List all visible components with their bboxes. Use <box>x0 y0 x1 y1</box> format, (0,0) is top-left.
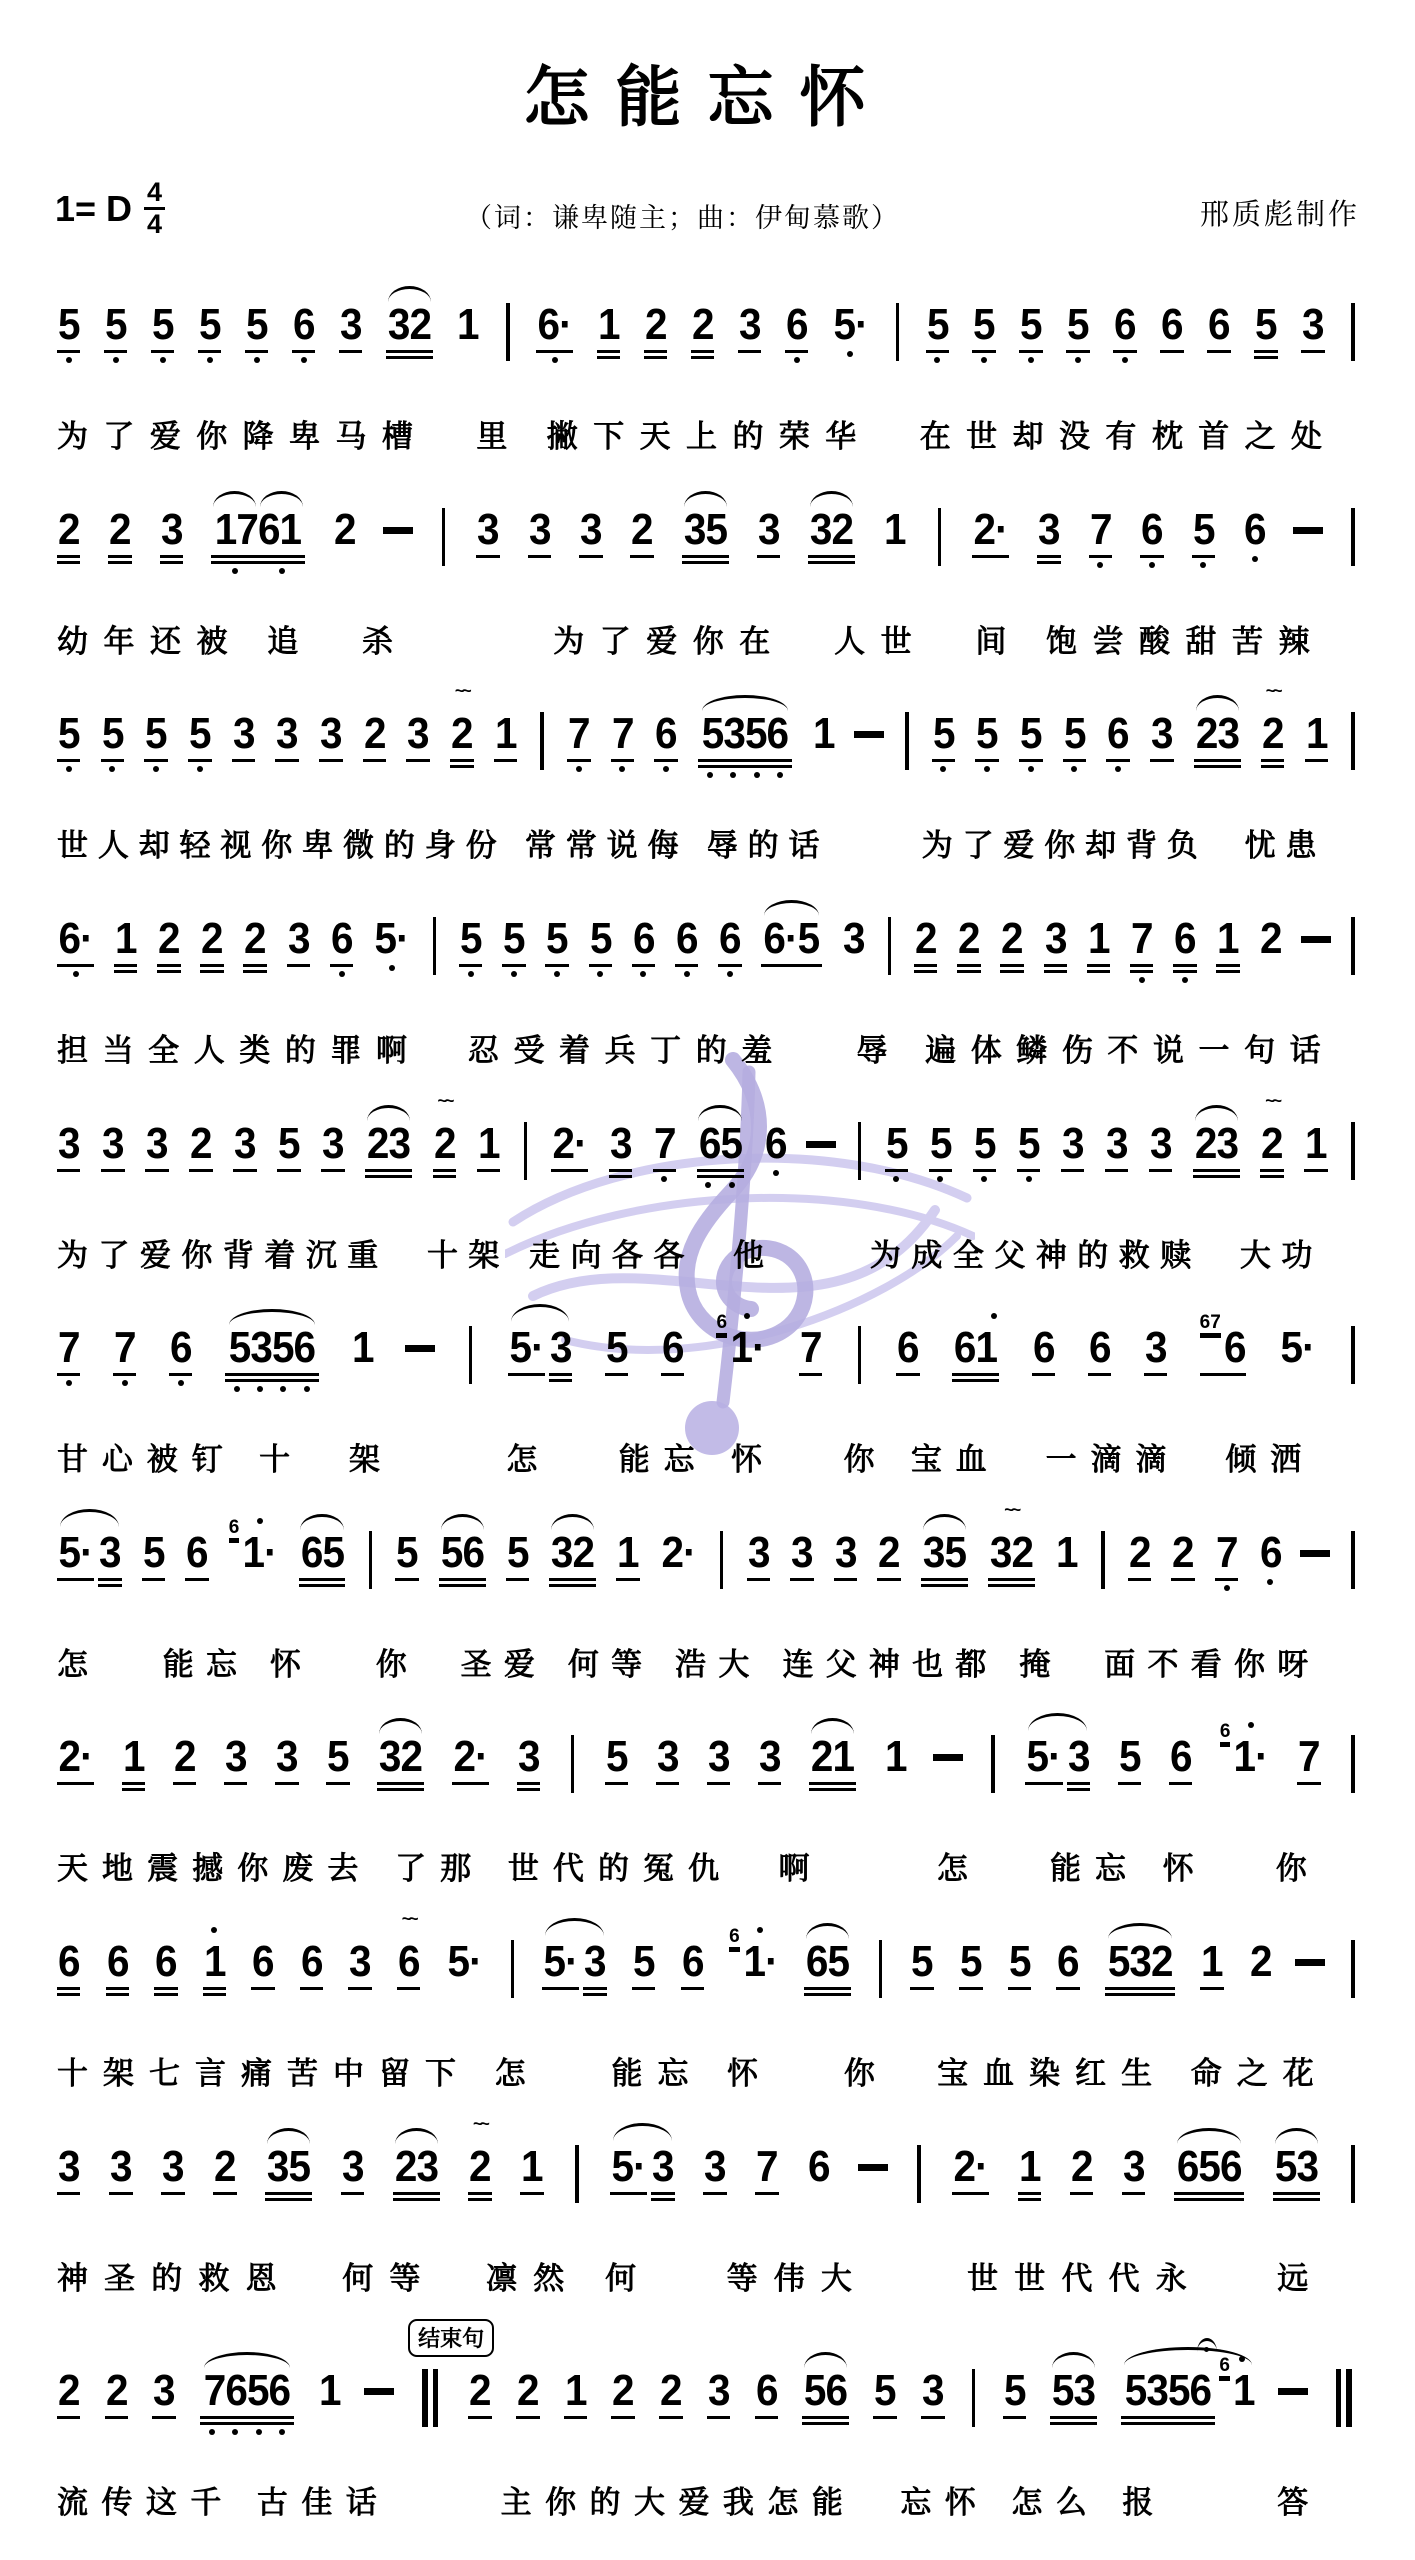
lyrics-line: 为了爱你背着沉重 十架 走向各各 他 为成全父神的救赎 大功 <box>57 1238 1360 1274</box>
beam-underline <box>160 561 183 564</box>
beam-underline <box>211 555 305 558</box>
beam-underline <box>885 1169 908 1172</box>
grace-note: 6 <box>229 1518 240 1540</box>
octave-dots-below <box>545 971 568 977</box>
octave-dots-below <box>169 1380 192 1386</box>
note: 3 <box>656 1735 679 1785</box>
beam-underline <box>1200 1373 1247 1376</box>
beam-underline <box>790 1578 813 1581</box>
note: 2· <box>952 2145 989 2195</box>
beam-underline <box>277 1169 300 1172</box>
octave-dots-below <box>330 971 353 977</box>
duration-dash <box>854 731 884 738</box>
note: 2· <box>660 1531 697 1575</box>
note: 3 <box>1105 1122 1128 1172</box>
beam-underline <box>921 1584 968 1587</box>
note: 3 <box>348 1940 371 1990</box>
note: 53 <box>1273 2145 1320 2201</box>
note: 3 <box>651 2145 674 2201</box>
beam-underline <box>1106 759 1129 762</box>
note: 5 <box>605 1735 628 1785</box>
slur-arc <box>811 1718 854 1734</box>
beam-underline <box>1105 1987 1175 1990</box>
note: 5 <box>502 917 525 977</box>
barline <box>524 1122 528 1180</box>
beam-underline <box>198 350 221 353</box>
beam-underline <box>57 561 80 564</box>
grace-note: 6 <box>716 1313 727 1335</box>
lyrics-line: 幼年还被 追 杀 为了爱你在 人世 间 饱尝酸甜苦辣 <box>57 624 1360 660</box>
note: 65 <box>804 1940 851 1996</box>
note: 5 <box>459 917 482 977</box>
beam-underline <box>921 1578 968 1581</box>
beam-underline <box>589 964 612 967</box>
beam-underline <box>494 759 517 762</box>
beam-underline <box>114 970 137 973</box>
note: 21 <box>809 1735 856 1791</box>
tie-arc <box>1124 2347 1252 2365</box>
beam-underline <box>185 1578 208 1581</box>
note: 7 <box>1215 1531 1238 1591</box>
beam-underline <box>300 1987 323 1990</box>
system: 5·35661·6555653212·33323532~~12276怎 能忘 怀… <box>55 1493 1360 1683</box>
note: 2 <box>1171 1531 1194 1581</box>
beam-underline <box>609 1175 632 1178</box>
note: 3 <box>758 1735 781 1785</box>
barline <box>506 303 510 361</box>
mordent-icon: ~~ <box>438 1092 452 1109</box>
note: 5 <box>188 712 211 772</box>
beam-underline <box>365 1169 412 1172</box>
beam-underline <box>122 1788 145 1791</box>
lyrics-line: 十架七言痛苦中留下 怎 能忘 怀 你 宝血染红生 命之花 <box>57 2056 1360 2092</box>
lyrics-line: 怎 能忘 怀 你 圣爱 何等 浩大 连父神也都 掩 面不看你呀 <box>57 1647 1360 1683</box>
beam-underline <box>57 1987 80 1990</box>
note: 7 <box>1089 508 1112 568</box>
beam-underline <box>57 1993 80 1996</box>
beam-underline <box>1173 964 1196 967</box>
note: 3 <box>842 917 865 961</box>
note: 2 <box>644 303 667 359</box>
note: 2· <box>972 508 1009 558</box>
beam-underline <box>468 2416 491 2419</box>
note: 2· <box>551 1122 588 1172</box>
note: 5 <box>959 1940 982 1990</box>
beam-underline <box>57 2416 80 2419</box>
note: 32~~ <box>988 1531 1035 1587</box>
beam-underline <box>611 759 634 762</box>
note: 5 <box>101 712 124 772</box>
note: 676 <box>1200 1326 1247 1376</box>
beam-underline <box>549 1578 596 1581</box>
beam-underline <box>1297 1782 1320 1785</box>
note: 3 <box>160 508 183 564</box>
beam-underline <box>877 1578 900 1581</box>
beam-underline <box>932 759 955 762</box>
octave-dots-below <box>198 357 221 363</box>
note: 6 <box>292 303 315 363</box>
grace-note: 67 <box>1200 1313 1221 1335</box>
tie-arc <box>545 1918 604 1936</box>
beam-underline <box>57 2192 80 2195</box>
note: 5 <box>506 1531 529 1581</box>
note: 1 <box>477 1122 500 1172</box>
note: 2 <box>1249 1940 1272 1984</box>
beam-underline <box>1200 1987 1223 1990</box>
beam-underline <box>698 759 792 762</box>
note: 5 <box>144 712 167 772</box>
lyrics-line: 甘心被钉 十 架 怎 能忘 怀 你 宝血 一滴滴 倾洒 <box>57 1442 1360 1478</box>
beam-underline <box>154 1987 177 1990</box>
beam-underline <box>1254 356 1277 359</box>
note: 5 <box>973 1122 996 1182</box>
note: 6 <box>330 917 353 977</box>
note: 2~~ <box>450 712 473 768</box>
beam-underline <box>157 964 180 967</box>
beam-underline <box>200 970 223 973</box>
note: 7 <box>611 712 634 772</box>
note: 3 <box>549 1326 572 1382</box>
note: 1 <box>122 1735 145 1791</box>
notation-row: 2·12335322·353332115·35661·7 <box>55 1697 1360 1839</box>
note: 2 <box>333 508 356 552</box>
beam-underline <box>551 1169 588 1172</box>
duration-dash <box>1300 1550 1330 1557</box>
barline <box>1101 1531 1105 1589</box>
beam-underline <box>682 561 729 564</box>
note: 5 <box>873 2369 896 2419</box>
barline <box>1351 712 1355 770</box>
duration-dash <box>1301 936 1331 943</box>
beam-underline <box>517 1788 540 1791</box>
note: 5356 <box>1121 2369 1215 2425</box>
note: 6 <box>785 303 808 363</box>
note: 3 <box>101 1122 124 1172</box>
beam-underline <box>659 2416 682 2419</box>
beam-underline <box>1144 1373 1167 1376</box>
note: 6 <box>675 917 698 977</box>
note: 3 <box>1044 917 1067 973</box>
octave-dots-below <box>1243 556 1266 562</box>
note: 5 <box>277 1122 300 1172</box>
note: 7 <box>567 712 590 772</box>
beam-underline <box>145 1169 168 1172</box>
beam-underline <box>661 1373 684 1376</box>
octave-dots-below <box>1017 1176 1040 1182</box>
beam-underline <box>1160 350 1183 353</box>
slur-arc <box>1275 2128 1318 2144</box>
note: 3 <box>1150 712 1173 762</box>
beam-underline <box>108 555 131 558</box>
note: 7656 <box>200 2369 294 2435</box>
beam-underline <box>321 1169 344 1172</box>
note: 6 <box>1056 1940 1079 1990</box>
note: 1 <box>616 1531 639 1581</box>
note: 35 <box>682 508 729 564</box>
note: 6 <box>661 1326 684 1376</box>
score-header: 1= D 4 4 （词：谦卑随主；曲：伊甸慕歌） 邢质彪制作 <box>55 165 1360 239</box>
notation-row: 3332353232~~12·376565555333232~~1 <box>55 1084 1360 1226</box>
beam-underline <box>583 1987 606 1990</box>
octave-dot-above <box>257 1518 263 1524</box>
note: 2 <box>468 2369 491 2419</box>
beam-underline <box>439 1578 486 1581</box>
beam-underline <box>1063 759 1086 762</box>
note: 35 <box>921 1531 968 1587</box>
beam-underline <box>675 964 698 967</box>
octave-dots-below <box>926 357 949 363</box>
beam-underline <box>605 1782 628 1785</box>
beam-underline <box>1301 350 1324 353</box>
beam-underline <box>459 964 482 967</box>
note: 3 <box>757 508 780 558</box>
system: 3332353232~~15·33762·12365653神圣的救恩 何等 凛然… <box>55 2107 1360 2297</box>
beam-underline <box>681 1987 704 1990</box>
beam-underline <box>610 2192 647 2195</box>
ending-label: 结束句 <box>408 2319 494 2357</box>
tie-arc <box>1028 1713 1087 1731</box>
beam-underline <box>98 1584 121 1587</box>
beam-underline <box>1174 2192 1244 2195</box>
note: 2~~ <box>1261 712 1284 768</box>
notation-row: 5555333232~~177653561555563232~~1 <box>55 674 1360 816</box>
octave-dot-above <box>744 1313 750 1319</box>
notation-row: 6·1222365·55556666·53222317612 <box>55 879 1360 1021</box>
octave-dots-below <box>245 357 268 363</box>
note: 2 <box>57 2369 80 2419</box>
tie-group: 5·3 <box>1023 1735 1092 1791</box>
note: 5· <box>610 2145 647 2195</box>
note: 5 <box>1192 508 1215 568</box>
note: 532 <box>1105 1940 1175 1996</box>
octave-dots-below <box>57 766 80 772</box>
grace-note: 6 <box>1220 1722 1231 1744</box>
note: 3 <box>609 1122 632 1178</box>
beam-underline <box>929 1169 952 1172</box>
beam-underline <box>952 1379 999 1382</box>
beam-underline <box>160 555 183 558</box>
note: 5 <box>57 303 80 363</box>
note: 6 <box>1173 917 1196 983</box>
slur-arc <box>806 1923 849 1939</box>
beam-underline <box>508 1373 545 1376</box>
note: 5 <box>545 917 568 977</box>
song-title: 怎能忘怀 <box>55 44 1360 139</box>
beam-underline <box>299 1578 346 1581</box>
beam-underline <box>644 350 667 353</box>
octave-dots-below <box>589 971 612 977</box>
beam-underline <box>1207 350 1230 353</box>
beam-underline <box>1070 2192 1093 2195</box>
tie-group: 535661 <box>1119 2369 1257 2425</box>
note: 5 <box>929 1122 952 1182</box>
note: 56 <box>439 1531 486 1587</box>
note: 3 <box>339 303 362 353</box>
note: 1 <box>520 2145 543 2195</box>
note: 3 <box>921 2369 944 2419</box>
beam-underline <box>57 1169 80 1172</box>
note: 2 <box>914 917 937 973</box>
note: 6 <box>57 1940 80 1996</box>
beam-underline <box>450 759 473 762</box>
beam-underline <box>1273 2198 1320 2201</box>
beam-underline <box>406 759 429 762</box>
sheet-music-page: 怎能忘怀 1= D 4 4 （词：谦卑随主；曲：伊甸慕歌） 邢质彪制作 5555… <box>0 0 1415 2560</box>
note: 6 <box>654 712 677 772</box>
octave-dots-below <box>785 357 808 363</box>
beam-underline <box>1260 1169 1283 1172</box>
beam-underline <box>605 1373 628 1376</box>
note: 3 <box>1061 1122 1084 1172</box>
barline <box>858 1122 862 1180</box>
octave-dots-below <box>1140 562 1163 568</box>
note: 3 <box>232 712 255 762</box>
note: 61· <box>716 1326 766 1370</box>
slur-arc <box>702 695 788 711</box>
note: 3 <box>275 1735 298 1785</box>
note: 1 <box>597 303 620 359</box>
beam-underline <box>1000 964 1023 967</box>
note: 3 <box>579 508 602 558</box>
beam-underline <box>516 2416 539 2419</box>
system: 2231761233323533212·37656幼年还被 追 杀 为了爱你在 … <box>55 470 1360 660</box>
beam-underline <box>326 1782 349 1785</box>
beam-underline <box>98 1578 121 1581</box>
note: 1 <box>203 1940 226 1996</box>
beam-underline <box>808 555 855 558</box>
beam-underline <box>1305 759 1328 762</box>
beam-underline <box>1304 1169 1327 1172</box>
note: 5· <box>542 1940 579 1990</box>
beam-underline <box>914 970 937 973</box>
slur-arc <box>367 1105 410 1121</box>
octave-dots-below <box>972 357 995 363</box>
beam-underline <box>1140 555 1163 558</box>
beam-underline <box>952 1373 999 1376</box>
note: 5· <box>57 1531 94 1581</box>
octave-dots-below <box>1063 766 1086 772</box>
octave-dots-below <box>144 766 167 772</box>
beam-underline <box>682 555 729 558</box>
beam-underline <box>243 964 266 967</box>
note: 5 <box>885 1122 908 1182</box>
note: 3 <box>98 1531 121 1587</box>
note: 3 <box>707 1735 730 1785</box>
slur-arc <box>1177 2128 1242 2144</box>
octave-dots-below <box>200 2429 294 2435</box>
note: 23 <box>393 2145 440 2201</box>
note: 3 <box>747 1531 770 1581</box>
beam-underline <box>1003 2416 1026 2419</box>
note: 5· <box>1025 1735 1062 1785</box>
beam-underline <box>761 964 822 967</box>
note: 2 <box>157 917 180 973</box>
note: 32 <box>377 1735 424 1791</box>
beam-underline <box>957 970 980 973</box>
duration-dash <box>383 527 413 534</box>
beam-underline <box>910 1987 933 1990</box>
beam-underline <box>109 2192 132 2195</box>
beam-underline <box>251 1987 274 1990</box>
slur-arc <box>267 2128 310 2144</box>
note: 5 <box>910 1940 933 1990</box>
beam-underline <box>1193 1169 1240 1172</box>
note: 1 <box>812 712 835 756</box>
note: 6· <box>536 303 573 363</box>
system: 66616636~~5·5·35661·65555653212十架七言痛苦中留下… <box>55 1902 1360 2092</box>
note: 1 <box>1305 712 1328 762</box>
tie-arc <box>60 1509 119 1527</box>
note: 6 <box>1160 303 1183 353</box>
beam-underline <box>211 561 305 564</box>
note: 3 <box>109 2145 132 2195</box>
beam-underline <box>433 1169 456 1172</box>
note: 5 <box>1019 303 1042 363</box>
note: 5 <box>198 303 221 363</box>
beam-underline <box>1025 1782 1062 1785</box>
octave-dots-below <box>459 971 482 977</box>
mordent-icon: ~~ <box>1265 1092 1279 1109</box>
note: 3 <box>1122 2145 1145 2195</box>
notation-row: 55555633216·122365·555566653 <box>55 265 1360 407</box>
note: 3 <box>707 2369 730 2419</box>
octave-dot-above <box>1248 1722 1254 1728</box>
slur-arc <box>441 1514 484 1530</box>
note: 5 <box>395 1531 418 1581</box>
beam-underline <box>1121 2416 1215 2419</box>
note: 3 <box>233 1122 256 1172</box>
beam-underline <box>1050 2422 1097 2425</box>
key-label: 1= D <box>55 188 132 230</box>
beam-underline <box>224 1782 247 1785</box>
beam-underline <box>656 1782 679 1785</box>
barline <box>1351 1735 1355 1793</box>
beam-underline <box>386 350 433 353</box>
slur-arc <box>388 286 431 302</box>
octave-dots-below <box>225 1386 319 1392</box>
note: 6 <box>755 2369 778 2419</box>
beam-underline <box>1216 970 1239 973</box>
slur-arc <box>1052 2352 1095 2368</box>
octave-dots-below <box>832 351 869 357</box>
beam-underline <box>363 759 386 762</box>
beam-underline <box>1215 1578 1238 1581</box>
beam-underline <box>809 1782 856 1785</box>
beam-underline <box>287 964 310 967</box>
note: 7 <box>653 1122 676 1182</box>
note: 3 <box>152 2369 175 2419</box>
barline <box>858 1326 862 1384</box>
beam-underline <box>1174 2198 1244 2201</box>
barline <box>442 508 446 566</box>
slur-arc <box>551 1514 594 1530</box>
time-signature-numerator: 4 <box>144 179 165 211</box>
beam-underline <box>393 2192 440 2195</box>
note: 7 <box>57 1326 80 1386</box>
beam-underline <box>703 2192 726 2195</box>
note: 6 <box>764 1122 787 1176</box>
octave-dots-below <box>57 971 94 977</box>
octave-dot-above <box>757 1927 763 1933</box>
beam-underline <box>377 1788 424 1791</box>
octave-dots-below <box>929 1176 952 1182</box>
note: 5356 <box>698 712 792 778</box>
slur-arc <box>1195 1105 1238 1121</box>
duration-dash <box>405 1345 435 1352</box>
octave-dots-below <box>113 1380 136 1386</box>
note: 2 <box>1128 1531 1151 1581</box>
beam-underline <box>1105 1993 1175 1996</box>
